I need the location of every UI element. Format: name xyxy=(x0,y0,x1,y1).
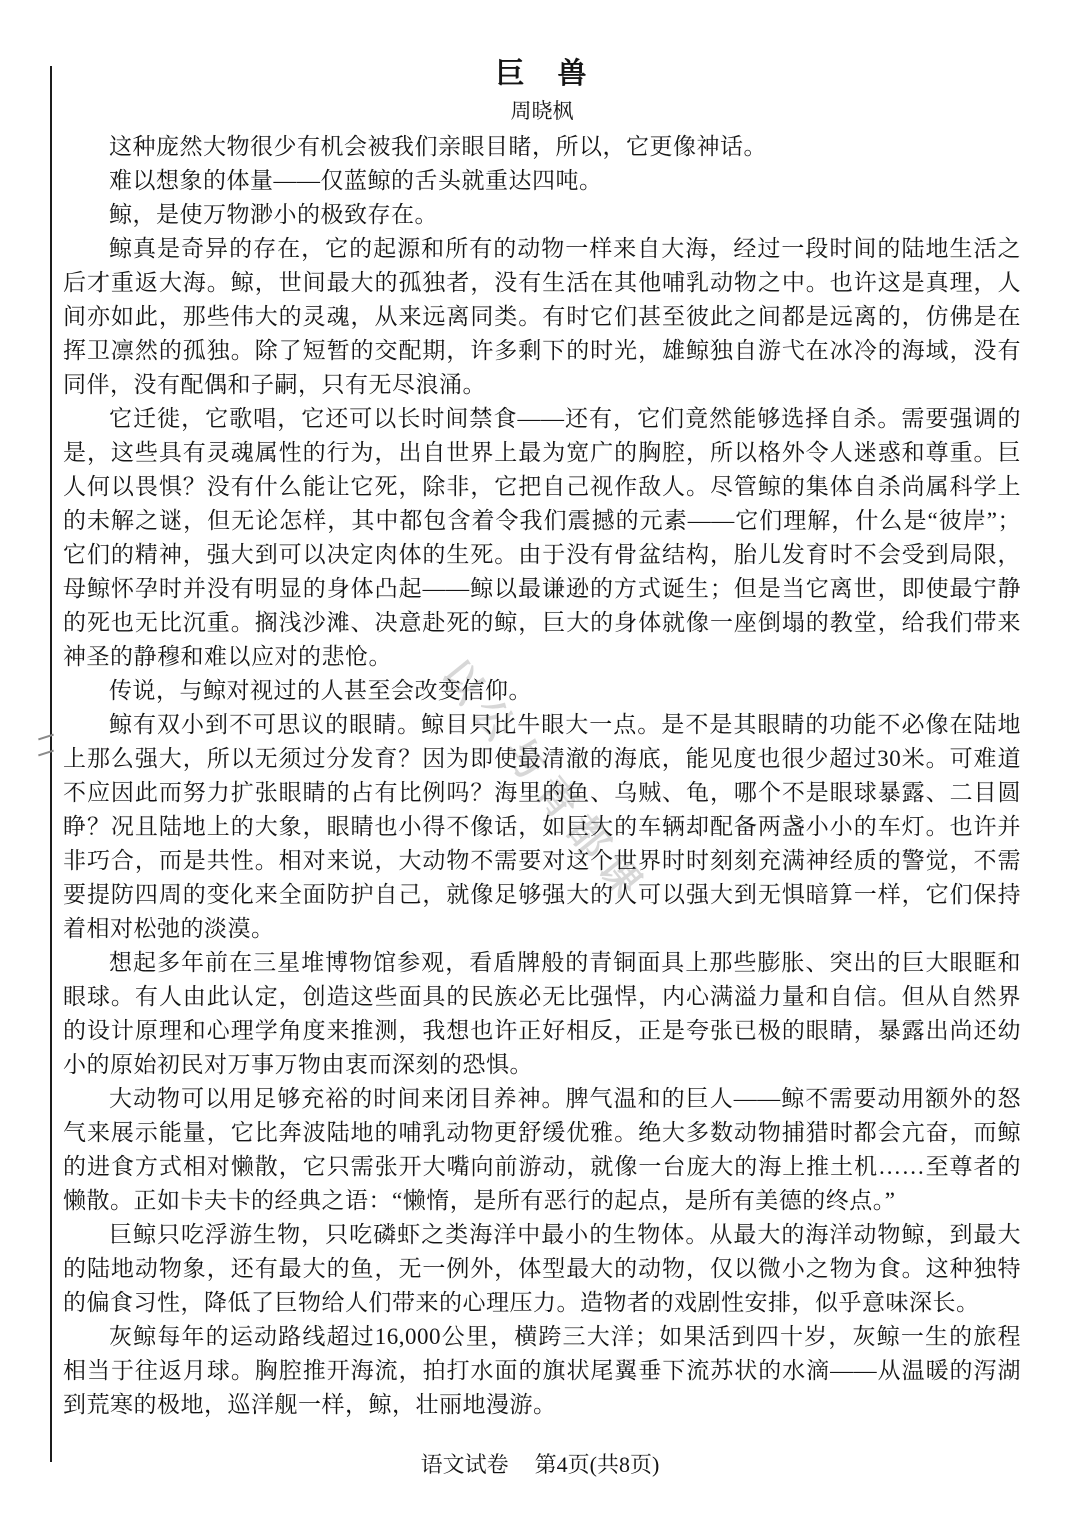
footer-page-number: 第4页(共8页) xyxy=(535,1452,660,1477)
article-author: 周晓枫 xyxy=(63,94,1021,128)
paragraph: 这种庞然大物很少有机会被我们亲眼目睹，所以，它更像神话。 xyxy=(63,130,1021,164)
footer-exam-name: 语文试卷 xyxy=(421,1452,509,1477)
paragraph: 灰鲸每年的运动路线超过16,000公里，横跨三大洋；如果活到四十岁，灰鲸一生的旅… xyxy=(63,1320,1021,1422)
exam-paper-page: 以公与青都课 巨 兽 周晓枫 这种庞然大物很少有机会被我们亲眼目睹，所以，它更像… xyxy=(0,0,1080,1527)
article-title: 巨 兽 xyxy=(63,54,1021,94)
paragraph: 传说，与鲸对视过的人甚至会改变信仰。 xyxy=(63,674,1021,708)
paragraph: 鲸有双小到不可思议的眼睛。鲸目只比牛眼大一点。是不是其眼睛的功能不必像在陆地上那… xyxy=(63,708,1021,946)
paragraph: 想起多年前在三星堆博物馆参观，看盾牌般的青铜面具上那些膨胀、突出的巨大眼眶和眼球… xyxy=(63,946,1021,1082)
paragraph: 大动物可以用足够充裕的时间来闭目养神。脾气温和的巨人——鲸不需要动用额外的怒气来… xyxy=(63,1082,1021,1218)
paragraph: 难以想象的体量——仅蓝鲸的舌头就重达四吨。 xyxy=(63,164,1021,198)
paragraph: 鲸真是奇异的存在，它的起源和所有的动物一样来自大海，经过一段时间的陆地生活之后才… xyxy=(63,232,1021,402)
left-margin-rule xyxy=(50,66,52,1462)
paragraph: 它迁徙，它歌唱，它还可以长时间禁食——还有，它们竟然能够选择自杀。需要强调的是，… xyxy=(63,402,1021,674)
paragraph: 鲸，是使万物渺小的极致存在。 xyxy=(63,198,1021,232)
article-body: 巨 兽 周晓枫 这种庞然大物很少有机会被我们亲眼目睹，所以，它更像神话。 难以想… xyxy=(63,54,1021,1422)
paragraph: 巨鲸只吃浮游生物，只吃磷虾之类海洋中最小的生物体。从最大的海洋动物鲸，到最大的陆… xyxy=(63,1218,1021,1320)
page-footer: 语文试卷第4页(共8页) xyxy=(0,1448,1080,1482)
